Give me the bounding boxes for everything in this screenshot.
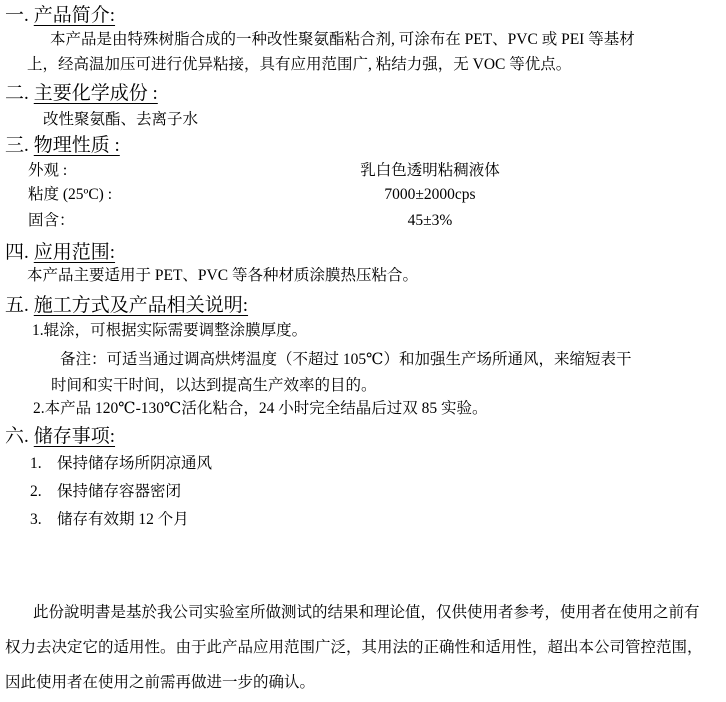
section-number: 二. xyxy=(5,83,29,104)
section-number: 五. xyxy=(5,295,29,316)
storage-list-item: 1.保持储存场所阴凉通风 xyxy=(30,454,212,474)
list-item-number: 1. xyxy=(30,454,57,474)
disclaimer-line: 此份說明書是基於我公司实验室所做测试的结果和理论值，仅供使用者参考，使用者在使用… xyxy=(33,603,700,623)
list-item-text: 储存有效期 12 个月 xyxy=(57,511,189,528)
section-number: 三. xyxy=(5,135,29,156)
paragraph-line: 1.辊涂，可根据实际需要调整涂膜厚度。 xyxy=(32,321,307,341)
storage-list-item: 2.保持储存容器密闭 xyxy=(30,482,181,502)
paragraph-line: 本产品是由特殊树脂合成的一种改性聚氨酯粘合剂, 可涂布在 PET、PVC 或 P… xyxy=(50,30,635,50)
section-heading-physical-properties: 三.物理性质 : xyxy=(5,134,120,157)
paragraph-line: 上，经高温加压可进行优异粘接，具有应用范围广, 粘结力强，无 VOC 等优点。 xyxy=(27,55,571,75)
property-label: 固含： xyxy=(28,211,75,231)
section-heading-storage: 六.储存事项: xyxy=(5,425,115,448)
property-value: 7000±2000cps xyxy=(140,185,720,205)
section-title: 应用范围: xyxy=(34,242,115,263)
section-title: 主要化学成份 : xyxy=(34,83,158,104)
section-number: 一. xyxy=(5,5,29,26)
list-item-number: 2. xyxy=(30,482,57,502)
section-heading-application-method: 五.施工方式及产品相关说明: xyxy=(5,294,248,317)
section-title: 施工方式及产品相关说明: xyxy=(34,295,248,316)
disclaimer-line: 权力去决定它的适用性。由于此产品应用范围广泛，其用法的正确性和适用性，超出本公司… xyxy=(5,638,703,658)
storage-list-item: 3.储存有效期 12 个月 xyxy=(30,510,189,530)
list-item-text: 保持储存场所阴凉通风 xyxy=(57,455,212,472)
paragraph-line: 改性聚氨酯、去离子水 xyxy=(43,110,198,130)
section-title: 储存事项: xyxy=(34,426,115,447)
section-heading-application-scope: 四.应用范围: xyxy=(5,241,115,264)
section-title: 物理性质 : xyxy=(34,135,120,156)
property-label: 外观 : xyxy=(28,161,67,181)
section-title: 产品简介: xyxy=(34,5,115,26)
section-heading-product-intro: 一.产品简介: xyxy=(5,4,115,27)
disclaimer-line: 因此使用者在使用之前需再做进一步的确认。 xyxy=(5,673,315,693)
section-heading-composition: 二.主要化学成份 : xyxy=(5,82,158,105)
document-page: 一.产品简介: 本产品是由特殊树脂合成的一种改性聚氨酯粘合剂, 可涂布在 PET… xyxy=(0,0,726,702)
paragraph-line: 本产品主要适用于 PET、PVC 等各种材质涂膜热压粘合。 xyxy=(27,266,418,286)
property-value: 乳白色透明粘稠液体 xyxy=(140,161,720,181)
list-item-number: 3. xyxy=(30,510,57,530)
section-number: 四. xyxy=(5,242,29,263)
section-number: 六. xyxy=(5,426,29,447)
property-value: 45±3% xyxy=(140,211,720,231)
paragraph-line-note: 备注：可适当通过调高烘烤温度（不超过 105℃）和加强生产场所通风，来缩短表干 xyxy=(60,350,631,370)
property-label: 粘度 (25ºC) : xyxy=(28,185,112,205)
paragraph-line-note: 时间和实干时间，以达到提高生产效率的目的。 xyxy=(51,376,377,396)
paragraph-line: 2.本产品 120℃-130℃活化粘合，24 小时完全结晶后过双 85 实验。 xyxy=(33,399,487,419)
list-item-text: 保持储存容器密闭 xyxy=(57,483,181,500)
